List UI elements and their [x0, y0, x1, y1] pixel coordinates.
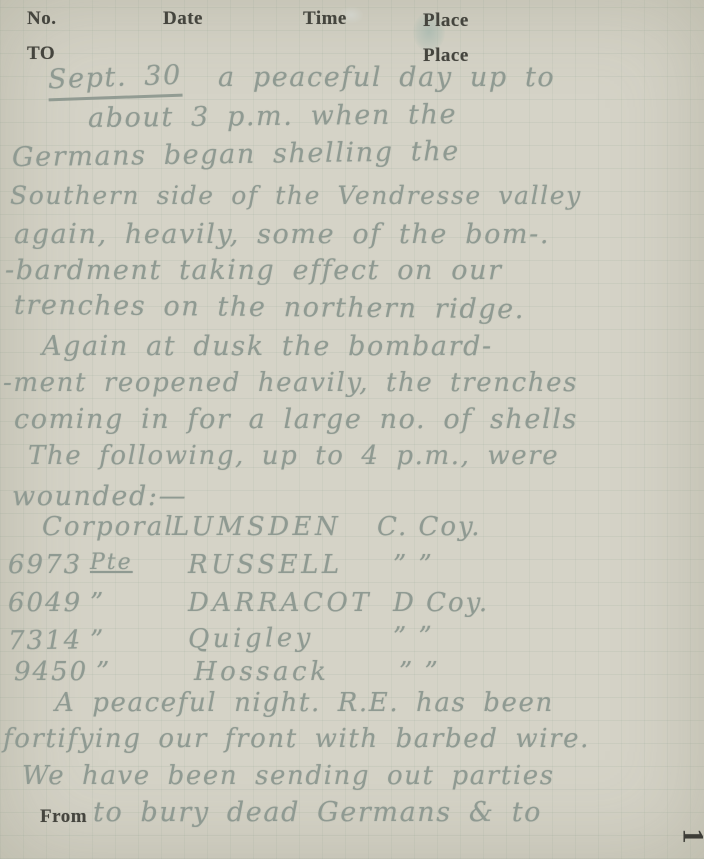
- casualty-row: 6049”DARRACOTD Coy.: [8, 588, 489, 618]
- casualty-rank: ”: [90, 624, 188, 655]
- casualty-name: RUSSELL: [188, 550, 393, 580]
- form-label-from: From: [40, 806, 87, 828]
- form-label-time: Time: [303, 8, 347, 30]
- casualty-row: 6973PteRUSSELL” ”: [8, 550, 434, 580]
- casualty-rank: ”: [96, 657, 194, 687]
- handwriting-line: A peaceful night. R.E. has been: [55, 688, 554, 718]
- casualty-row: CorporalLUMSDENC. Coy.: [42, 512, 482, 542]
- casualty-number: 6973: [8, 550, 90, 580]
- casualty-name: Quigley: [188, 622, 393, 654]
- handwriting-text: a peaceful day up to: [218, 62, 555, 93]
- form-label-date: Date: [163, 8, 203, 30]
- casualty-name: LUMSDEN: [172, 512, 377, 542]
- handwriting-line: again, heavily, some of the bom-.: [14, 219, 550, 250]
- casualty-number: 9450: [14, 657, 96, 687]
- handwriting-line: wounded:—: [12, 481, 187, 512]
- form-label-no: No.: [27, 8, 56, 30]
- casualty-row: 7314”Quigley” ”: [8, 622, 434, 656]
- handwriting-line: -bardment taking effect on our: [5, 255, 503, 286]
- casualty-name: DARRACOT: [188, 588, 393, 618]
- handwriting-line: about 3 p.m. when the: [88, 99, 457, 134]
- form-label-place-top: Place: [423, 10, 469, 32]
- diary-page: No. Date Time Place TO Place From Sept. …: [0, 0, 704, 859]
- casualty-row: 9450”Hossack” ”: [14, 657, 440, 687]
- casualty-company: D Coy.: [393, 588, 489, 618]
- handwriting-line: The following, up to 4 p.m., were: [28, 441, 559, 471]
- casualty-rank: Pte: [90, 550, 188, 575]
- casualty-number: 7314: [8, 625, 90, 656]
- casualty-number: 6049: [8, 588, 90, 618]
- casualty-company: ” ”: [399, 657, 440, 687]
- handwriting-line: to bury dead Germans & to: [93, 797, 542, 828]
- handwriting-line: trenches on the northern ridge.: [14, 290, 525, 325]
- handwriting-line: Sept. 30a peaceful day up to: [48, 62, 555, 99]
- casualty-name: Hossack: [194, 657, 399, 687]
- casualty-company: C. Coy.: [377, 512, 482, 542]
- handwriting-line: coming in for a large no. of shells: [14, 404, 578, 435]
- handwriting-line: -ment reopened heavily, the trenches: [3, 368, 578, 398]
- casualty-company: ” ”: [393, 622, 434, 652]
- entry-date-heading: Sept. 30: [47, 60, 182, 102]
- casualty-company: ” ”: [393, 550, 434, 580]
- handwriting-line: Southern side of the Vendresse valley: [10, 181, 582, 210]
- casualty-rank: ”: [90, 588, 188, 618]
- handwriting-line: We have been sending out parties: [22, 761, 555, 791]
- page-number: 1: [676, 829, 704, 844]
- handwriting-line: Again at dusk the bombard-: [42, 331, 493, 362]
- casualty-rank: Corporal: [42, 512, 172, 542]
- handwriting-line: Germans began shelling the: [12, 136, 460, 173]
- handwriting-line: fortifying our front with barbed wire.: [3, 724, 590, 754]
